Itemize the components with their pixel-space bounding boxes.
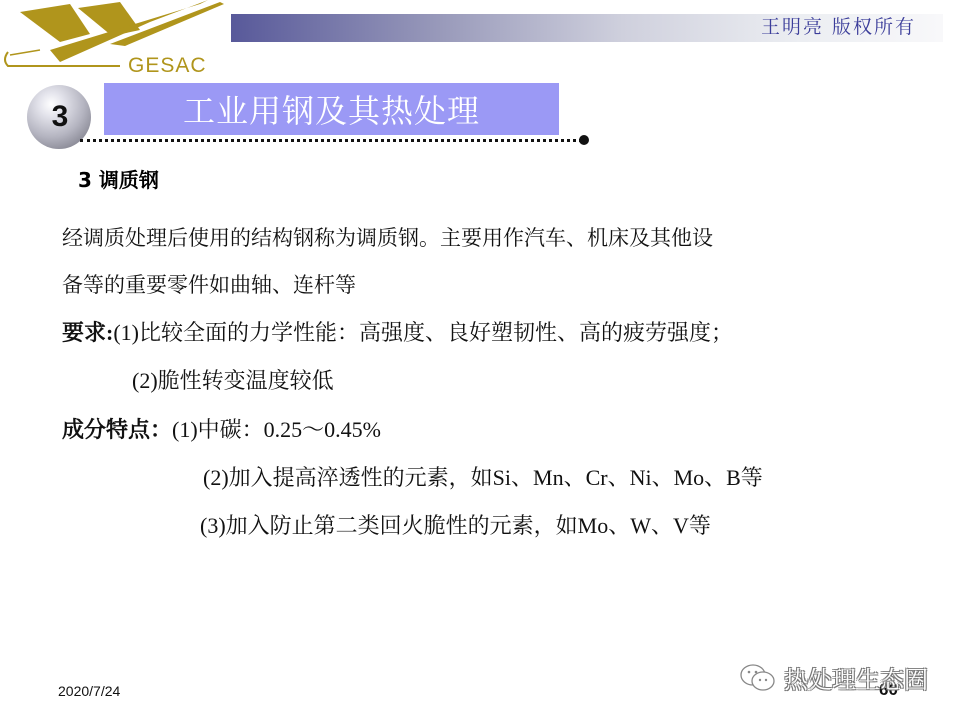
subheading: 3 调质钢 (78, 164, 159, 193)
gesac-logo: GESAC (0, 0, 240, 80)
composition-row-1: 成分特点：(1)中碳：0.25～0.45% (62, 413, 381, 444)
composition-label: 成分特点： (62, 417, 172, 442)
logo-text: GESAC (128, 54, 207, 78)
footer-date: 2020/7/24 (58, 683, 120, 699)
watermark: 热处理生态圈 (738, 660, 928, 695)
requirement-item-2: (2)脆性转变温度较低 (132, 364, 334, 395)
intro-line-1: 经调质处理后使用的结构钢称为调质钢。主要用作汽车、机床及其他设 (62, 222, 713, 252)
slide: GESAC 王明亮 版权所有 3 工业用钢及其热处理 3 调质钢 经调质处理后使… (0, 0, 960, 720)
title-underline (80, 139, 582, 142)
watermark-text: 热处理生态圈 (784, 660, 928, 695)
intro-line-2: 备等的重要零件如曲轴、连杆等 (62, 269, 356, 299)
underline-end-dot (579, 135, 589, 145)
composition-item-3: (3)加入防止第二类回火脆性的元素，如Mo、W、V等 (200, 509, 711, 540)
requirement-item-1: (1)比较全面的力学性能：高强度、良好塑韧性、高的疲劳强度； (113, 320, 733, 345)
requirements-row-1: 要求:(1)比较全面的力学性能：高强度、良好塑韧性、高的疲劳强度； (62, 316, 733, 347)
composition-item-1: (1)中碳：0.25～0.45% (172, 417, 381, 442)
section-number: 3 (52, 100, 69, 134)
wechat-icon (738, 662, 778, 694)
slide-title: 工业用钢及其热处理 (104, 83, 559, 135)
title-box: 工业用钢及其热处理 (104, 83, 559, 135)
copyright-text: 王明亮 版权所有 (761, 12, 916, 39)
requirements-label: 要求: (62, 320, 113, 345)
composition-item-2: (2)加入提高淬透性的元素，如Si、Mn、Cr、Ni、Mo、B等 (203, 461, 763, 492)
